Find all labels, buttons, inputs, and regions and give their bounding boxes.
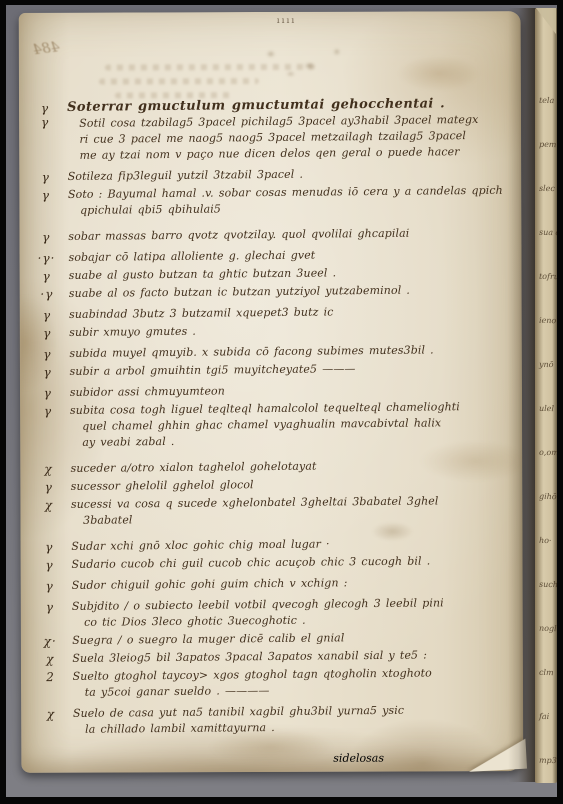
next-page-text-fragment: suche — [539, 580, 557, 589]
entry-lines: Sudor chiguil gohic gohi guim chich v xc… — [72, 574, 520, 594]
entry-lines: Soterrar gmuctulum gmuctumtai gehocchent… — [67, 96, 516, 164]
entry-line: Sudar xchi gnō xloc gohic chig moal luga… — [71, 535, 519, 555]
catchword: sidelosas — [333, 752, 384, 765]
entry-line: Sotileza fip3leguil yutzil 3tzabil 3pace… — [68, 165, 516, 185]
margin-check-mark: χ — [29, 706, 73, 738]
entry-lines: Suegra / o suegro la muger dicē calib el… — [72, 629, 520, 649]
entry-line: sucessor ghelolil gghelol glocol — [71, 475, 519, 495]
dictionary-entry: 2Suelto gtoghol taycoy> xgos gtoghol tag… — [28, 665, 520, 702]
margin-check-mark: γ — [25, 325, 69, 341]
next-page-text-fragment: tofru — [539, 272, 557, 281]
entry-line: Sudor chiguil gohic gohi guim chich v xc… — [72, 574, 520, 594]
margin-check-mark: χ — [26, 461, 70, 477]
next-page-text-fragment: ynō — [539, 360, 554, 369]
entry-line: subir a arbol gmuihtin tgi5 muyitcheyate… — [70, 360, 518, 380]
margin-check-mark: γ — [24, 229, 68, 245]
entry-lines: suabe al gusto butzan ta ghtic butzan 3u… — [69, 264, 517, 284]
text-block: γ γSoterrar gmuctulum gmuctumtai gehocch… — [23, 96, 521, 741]
next-page-text-fragment: sua d — [539, 228, 557, 237]
next-page-text-fragment: pem — [539, 140, 557, 149]
dictionary-entry: γsubir xmuyo gmutes . — [25, 321, 517, 342]
next-page-text-fragment: ho· — [539, 536, 552, 545]
margin-check-mark: γ — [26, 385, 70, 401]
entry-line: ay veabi zabal . — [82, 431, 518, 451]
margin-check-mark: γ — [24, 169, 68, 185]
next-page-text-fragment: slec — [539, 184, 555, 193]
dictionary-entry: χsucessi va cosa q sucede xghelonbatel 3… — [27, 493, 519, 530]
dictionary-entry: γ γSoterrar gmuctulum gmuctumtai gehocch… — [23, 96, 516, 165]
entry-lines: Sudar xchi gnō xloc gohic chig moal luga… — [71, 535, 519, 555]
dictionary-entry: ·γ·sobajar cō latipa alloliente g. glech… — [24, 246, 516, 267]
entry-lines: Soto : Bayumal hamal .v. sobar cosas men… — [68, 183, 516, 219]
next-page-text-fragment: fai — [539, 712, 549, 721]
margin-check-mark: γ — [28, 578, 72, 594]
entry-lines: sobajar cō latipa alloliente g. glechai … — [68, 246, 516, 266]
entry-line: qpichulai qbi5 qbihulai5 — [80, 199, 516, 219]
next-page-text-fragment: ieno — [539, 316, 556, 325]
folio-number-ghost: 484 — [32, 39, 61, 58]
margin-check-mark: ·γ — [25, 286, 69, 302]
margin-check-mark: χ· — [28, 633, 72, 649]
dictionary-entry: χSuela 3leiog5 bil 3apatos 3pacal 3apato… — [28, 647, 520, 668]
entry-lines: sucessi va cosa q sucede xghelonbatel 3g… — [71, 493, 519, 529]
entry-line: Suegra / o suegro la muger dicē calib el… — [72, 629, 520, 649]
margin-check-mark: γ — [25, 307, 69, 323]
entry-line: sobajar cō latipa alloliente g. glechai … — [68, 246, 516, 266]
entry-line: Suela 3leiog5 bil 3apatos 3pacal 3apatos… — [72, 647, 520, 667]
margin-check-mark: γ — [27, 539, 71, 555]
entry-line: suabe al gusto butzan ta ghtic butzan 3u… — [69, 264, 517, 284]
entry-line: Sudario cucob chi guil cucob chic acuçob… — [71, 553, 519, 573]
next-page-text-fragment: tela — [539, 96, 554, 105]
dictionary-entry: γSudario cucob chi guil cucob chic acuço… — [27, 553, 519, 574]
photo-frame: 484 ıııı γ γSoterrar gmuctulum gmuctumta… — [0, 0, 563, 804]
entry-lines: Subjdito / o subiecto leebil votbil qvec… — [72, 595, 520, 631]
dictionary-entry: ·γsuabe al os facto butzan ic butzan yut… — [25, 282, 517, 303]
entry-lines: subita cosa togh liguel teqlteql hamalco… — [70, 399, 518, 451]
next-page-text-fragment: nogla — [539, 624, 557, 633]
dictionary-entry: χSuelo de casa yut na5 tanibil xagbil gh… — [29, 702, 521, 739]
dictionary-entry: γsuabe al gusto butzan ta ghtic butzan 3… — [25, 264, 517, 285]
entry-line: la chillado lambil xamittayurna . — [85, 718, 521, 738]
entry-line: me ay tzai nom v paço nue dicen delos qe… — [79, 144, 515, 164]
next-page-text-fragment: mp3ō — [539, 756, 557, 765]
dictionary-entry: γsubidor assi chmuyumteon — [26, 381, 518, 402]
entry-lines: suabindad 3butz 3 butzamil xquepet3 butz… — [69, 303, 517, 323]
margin-check-mark: χ — [28, 651, 72, 667]
entry-lines: Suela 3leiog5 bil 3apatos 3pacal 3apatos… — [72, 647, 520, 667]
dictionary-entry: γSotileza fip3leguil yutzil 3tzabil 3pac… — [24, 165, 516, 186]
margin-check-mark: γ — [25, 268, 69, 284]
dictionary-entry: γSubjdito / o subiecto leebil votbil qve… — [28, 595, 520, 632]
entry-line: suceder a/otro xialon taghelol gohelotay… — [70, 457, 518, 477]
dictionary-entry: γsuabindad 3butz 3 butzamil xquepet3 but… — [25, 303, 517, 324]
margin-check-mark: γ — [24, 187, 68, 219]
entry-line: subidor assi chmuyumteon — [70, 381, 518, 401]
next-page-text-fragment: gihō — [539, 492, 557, 501]
entry-lines: subir xmuyo gmutes . — [69, 321, 517, 341]
entry-lines: Sudario cucob chi guil cucob chic acuçob… — [71, 553, 519, 573]
gutter-shadow — [508, 8, 538, 782]
tally-marks: ıııı — [277, 16, 297, 26]
margin-check-mark: γ — [26, 364, 70, 380]
dictionary-entry: γsubita cosa togh liguel teqlteql hamalc… — [26, 399, 518, 452]
entry-line: ta y5coi ganar sueldo . ———— — [85, 681, 521, 701]
dictionary-entry: γsubida muyel qmuyib. x subida cō facong… — [25, 342, 517, 363]
dictionary-entry: γSoto : Bayumal hamal .v. sobar cosas me… — [24, 183, 516, 220]
entry-lines: Suelto gtoghol taycoy> xgos gtoghol tagn… — [72, 665, 520, 701]
bleedthrough-line — [99, 78, 259, 85]
entry-lines: sobar massas barro qvotz qvotzilay. quol… — [68, 225, 516, 245]
margin-check-mark: χ — [27, 497, 71, 529]
margin-check-mark: γ — [25, 346, 69, 362]
entry-lines: subida muyel qmuyib. x subida cō facong … — [69, 342, 517, 362]
entry-lines: sucessor ghelolil gghelol glocol — [71, 475, 519, 495]
entry-line: sobar massas barro qvotz qvotzilay. quol… — [68, 225, 516, 245]
dictionary-entry: γsucessor ghelolil gghelol glocol — [27, 475, 519, 496]
ink-smudge — [249, 42, 359, 82]
entry-lines: Suelo de casa yut na5 tanibil xagbil ghu… — [73, 702, 521, 738]
next-page-corner-fold — [536, 8, 556, 34]
entry-line: suabe al os facto butzan ic butzan yutzi… — [69, 282, 517, 302]
entry-lines: subidor assi chmuyumteon — [70, 381, 518, 401]
margin-check-mark: γ — [26, 403, 70, 451]
next-page-edge: telapemslecsua dtofruienoynōulelo,omgihō… — [535, 8, 557, 783]
margin-check-mark: γ — [27, 479, 71, 495]
margin-check-mark: 2 — [28, 669, 72, 701]
dictionary-entry: γsubir a arbol gmuihtin tgi5 muyitcheyat… — [26, 360, 518, 381]
margin-check-mark: γ — [27, 557, 71, 573]
manuscript-page: 484 ıııı γ γSoterrar gmuctulum gmuctumta… — [19, 11, 524, 773]
dictionary-entry: χ·Suegra / o suegro la muger dicē calib … — [28, 629, 520, 650]
dictionary-entry: γSudor chiguil gohic gohi guim chich v x… — [28, 574, 520, 595]
dictionary-entry: γSudar xchi gnō xloc gohic chig moal lug… — [27, 535, 519, 556]
dictionary-entry: γsobar massas barro qvotz qvotzilay. quo… — [24, 225, 516, 246]
entry-lines: Sotileza fip3leguil yutzil 3tzabil 3pace… — [68, 165, 516, 185]
entry-lines: suceder a/otro xialon taghelol gohelotay… — [70, 457, 518, 477]
next-page-text-fragment: o,om — [539, 448, 557, 457]
margin-check-mark: γ — [28, 599, 72, 631]
entry-line: subir xmuyo gmutes . — [69, 321, 517, 341]
entry-line: suabindad 3butz 3 butzamil xquepet3 butz… — [69, 303, 517, 323]
next-page-text-fragment: clm — [539, 668, 554, 677]
margin-check-mark: ·γ· — [24, 250, 68, 266]
dictionary-entry: χsuceder a/otro xialon taghelol gohelota… — [26, 457, 518, 478]
entry-lines: subir a arbol gmuihtin tgi5 muyitcheyate… — [70, 360, 518, 380]
entry-line: co tic Dios 3leco ghotic 3uecoghotic . — [84, 611, 520, 631]
next-page-text-fragment: ulel — [539, 404, 554, 413]
margin-check-mark: γ γ — [23, 100, 68, 164]
entry-line: subida muyel qmuyib. x subida cō facong … — [69, 342, 517, 362]
entry-lines: suabe al os facto butzan ic butzan yutzi… — [69, 282, 517, 302]
bleedthrough-line — [105, 64, 315, 71]
